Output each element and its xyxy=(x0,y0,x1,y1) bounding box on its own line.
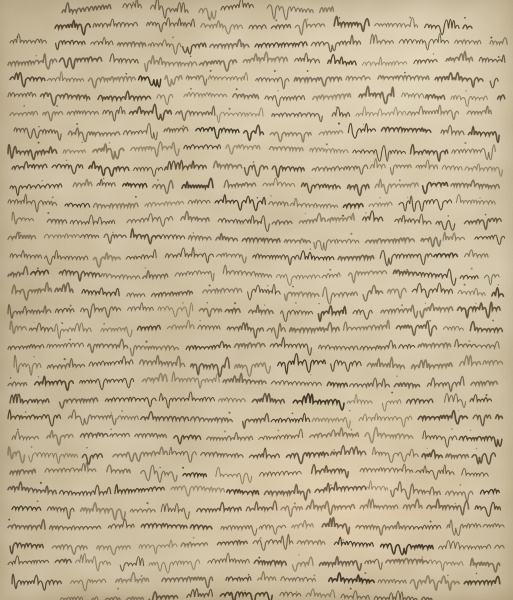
letter-page xyxy=(0,0,513,600)
ink-dot xyxy=(236,88,238,90)
ink-dot xyxy=(466,90,467,91)
ink-dot xyxy=(193,232,194,233)
ink-dot xyxy=(404,72,406,74)
ink-dot xyxy=(492,320,494,322)
ink-dot xyxy=(270,195,271,196)
ink-dot xyxy=(33,322,34,323)
ink-dot xyxy=(447,575,449,577)
ink-dot xyxy=(363,124,364,125)
ink-dot xyxy=(52,196,54,198)
ink-dot xyxy=(159,467,160,468)
ink-dot xyxy=(40,482,42,484)
ink-dot xyxy=(433,53,434,54)
letter-scan xyxy=(0,0,513,600)
ink-dot xyxy=(17,36,19,38)
ink-dot xyxy=(427,448,428,449)
ink-dot xyxy=(379,197,380,198)
ink-dot xyxy=(110,412,111,413)
ink-dot xyxy=(464,142,466,144)
ink-dot xyxy=(278,430,280,432)
ink-dot xyxy=(47,212,49,214)
ink-dot xyxy=(292,286,294,288)
ink-dot xyxy=(294,502,296,504)
ink-dot xyxy=(338,17,340,19)
ink-dot xyxy=(475,303,476,304)
ink-dot xyxy=(190,56,192,58)
ink-dot xyxy=(464,284,466,286)
ink-dot xyxy=(455,503,456,504)
ink-dot xyxy=(209,284,211,286)
ink-dot xyxy=(229,108,231,110)
ink-dot xyxy=(265,448,266,449)
ink-dot xyxy=(190,88,192,90)
ink-dot xyxy=(490,36,492,38)
ink-dot xyxy=(497,284,499,286)
ink-dot xyxy=(16,394,18,396)
ink-dot xyxy=(61,322,63,324)
ink-dot xyxy=(296,591,297,592)
ink-dot xyxy=(468,340,470,342)
ink-dot xyxy=(421,556,423,558)
ink-dot xyxy=(224,430,226,432)
ink-dot xyxy=(182,302,184,304)
ink-dot xyxy=(117,588,119,590)
ink-dot xyxy=(396,375,397,376)
ink-dot xyxy=(121,410,123,412)
ink-dot xyxy=(460,484,461,485)
ink-dot xyxy=(310,248,312,250)
ink-dot xyxy=(258,557,260,559)
ink-dot xyxy=(193,537,195,539)
ink-dot xyxy=(295,302,297,304)
ink-dot xyxy=(487,106,488,107)
ink-dot xyxy=(135,196,137,198)
ink-dot xyxy=(498,56,500,58)
ink-dot xyxy=(364,572,366,574)
ink-dot xyxy=(330,484,331,485)
ink-dot xyxy=(492,502,493,503)
ink-dot xyxy=(248,574,250,576)
ink-dot xyxy=(350,233,352,235)
ink-dot xyxy=(103,178,104,179)
ink-dot xyxy=(23,105,25,107)
ink-dot xyxy=(37,500,39,502)
ink-dot xyxy=(407,197,408,198)
ink-dot xyxy=(313,574,315,576)
ink-dot xyxy=(8,519,10,521)
ink-dot xyxy=(145,267,146,268)
ink-dot xyxy=(37,267,39,269)
ink-dot xyxy=(70,305,72,307)
ink-dot xyxy=(199,320,200,321)
ink-dot xyxy=(38,142,40,144)
ink-dot xyxy=(25,411,27,413)
ink-dot xyxy=(234,302,236,304)
ink-dot xyxy=(267,285,268,286)
ink-dot xyxy=(429,320,431,322)
ink-dot xyxy=(430,521,432,523)
ink-dot xyxy=(145,341,147,343)
ink-dot xyxy=(479,197,480,198)
ink-dot xyxy=(253,161,254,162)
ink-dot xyxy=(277,90,278,91)
ink-dot xyxy=(329,269,331,271)
ink-dot xyxy=(110,428,111,429)
ink-dot xyxy=(298,554,299,555)
ink-dot xyxy=(112,232,114,234)
ink-dot xyxy=(141,575,143,577)
ink-dot xyxy=(336,107,338,109)
ink-dot xyxy=(391,392,393,394)
ink-dot xyxy=(485,214,487,216)
ink-dot xyxy=(471,268,473,270)
ink-dot xyxy=(260,537,262,539)
ink-dot xyxy=(307,18,309,20)
ink-dot xyxy=(333,449,334,450)
ink-dot xyxy=(210,70,212,72)
ink-dot xyxy=(349,410,350,411)
ink-dot xyxy=(409,17,411,19)
ink-dot xyxy=(470,430,472,432)
ink-dot xyxy=(476,448,478,450)
ink-dot xyxy=(476,573,477,574)
ink-dot xyxy=(33,356,34,357)
ink-dot xyxy=(307,70,309,72)
ink-dot xyxy=(182,467,184,469)
ink-dot xyxy=(365,212,366,213)
paper-texture-grain xyxy=(0,0,513,600)
ink-dot xyxy=(10,377,12,379)
ink-dot xyxy=(281,341,282,342)
ink-dot xyxy=(19,232,21,234)
ink-dot xyxy=(42,180,43,181)
ink-dot xyxy=(373,35,374,36)
ink-dot xyxy=(292,413,294,415)
ink-dot xyxy=(31,446,33,448)
ink-dot xyxy=(264,305,265,306)
ink-dot xyxy=(146,502,148,504)
ink-dot xyxy=(69,339,71,341)
ink-dot xyxy=(76,123,78,125)
ink-dot xyxy=(132,2,133,3)
ink-dot xyxy=(448,268,450,270)
ink-dot xyxy=(406,269,408,271)
ink-dot xyxy=(66,159,68,161)
ink-dot xyxy=(86,447,87,448)
ink-dot xyxy=(38,376,39,377)
ink-dot xyxy=(458,410,459,411)
ink-dot xyxy=(310,374,311,375)
ink-dot xyxy=(183,125,185,127)
ink-dot xyxy=(81,142,83,144)
ink-dot xyxy=(416,500,417,501)
ink-dot xyxy=(275,19,277,21)
ink-dot xyxy=(294,198,295,199)
ink-dot xyxy=(448,215,450,217)
ink-dot xyxy=(56,105,58,107)
ink-dot xyxy=(401,304,403,306)
ink-dot xyxy=(274,70,276,72)
ink-dot xyxy=(125,73,127,75)
ink-dot xyxy=(342,539,344,541)
ink-dot xyxy=(318,303,319,304)
ink-dot xyxy=(451,428,452,429)
ink-dot xyxy=(157,179,159,181)
ink-dot xyxy=(228,412,230,414)
ink-dot xyxy=(103,323,105,325)
ink-dot xyxy=(208,17,210,19)
ink-dot xyxy=(338,123,340,125)
ink-dot xyxy=(485,394,487,396)
ink-dot xyxy=(207,302,209,304)
ink-dot xyxy=(425,303,426,304)
ink-dot xyxy=(351,429,353,431)
ink-dot xyxy=(257,197,259,199)
ink-dot xyxy=(17,429,19,431)
ink-dot xyxy=(64,358,66,360)
ink-dot xyxy=(305,213,306,214)
ink-dot xyxy=(399,179,401,181)
ink-dot xyxy=(172,37,173,38)
ink-dot xyxy=(350,588,352,590)
ink-dot xyxy=(342,215,344,217)
ink-dot xyxy=(38,126,40,128)
ink-dot xyxy=(109,142,111,144)
ink-dot xyxy=(36,55,37,56)
ink-dot xyxy=(464,17,466,19)
ink-dot xyxy=(326,143,328,145)
ink-dot xyxy=(244,590,245,591)
